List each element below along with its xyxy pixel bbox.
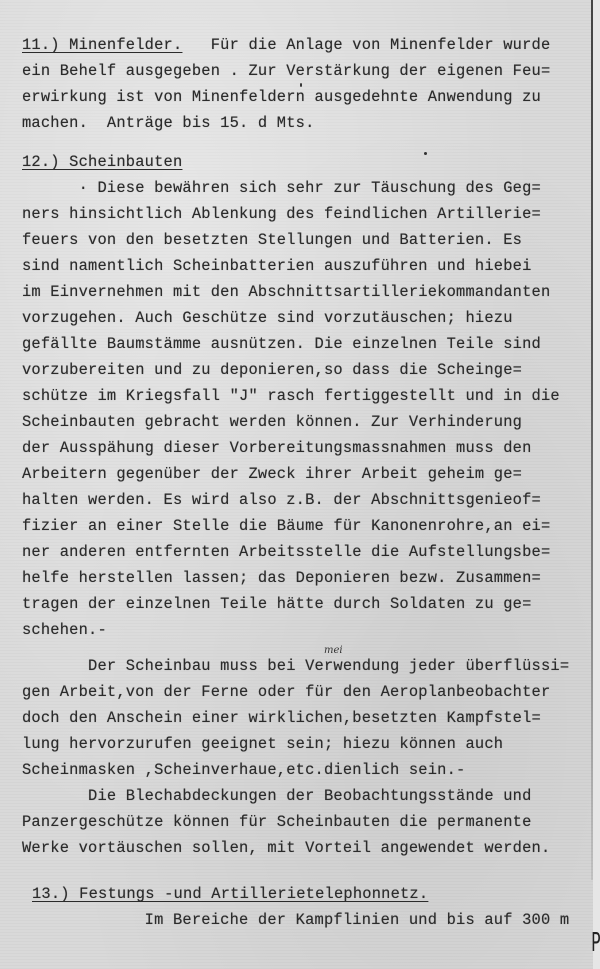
text-line: gen Arbeit,von der Ferne oder für den Ae… xyxy=(22,683,550,701)
text-line: ners hinsichtlich Ablenkung des feindlic… xyxy=(22,205,541,223)
text-line: ein Behelf ausgegeben . Zur Verstärkung … xyxy=(22,62,550,80)
section-12-heading: 12.) Scheinbauten xyxy=(22,153,182,171)
section-11-heading: 11.) Minenfelder. xyxy=(22,36,182,54)
text-line: im Einvernehmen mit den Abschnittsartill… xyxy=(22,283,550,301)
text-line: gefällte Baumstämme ausnützen. Die einze… xyxy=(22,335,541,353)
text-line: der Ausspähung dieser Vorbereitungsmassn… xyxy=(22,439,532,457)
text-line: sind namentlich Scheinbatterien auszufüh… xyxy=(22,257,532,275)
text-line: tragen der einzelnen Teile hätte durch S… xyxy=(22,595,532,613)
section-11-text: Für die Anlage von Minenfelder wurde xyxy=(182,36,550,54)
text-line: helfe herstellen lassen; das Deponieren … xyxy=(22,569,541,587)
text-line: erwirkung ist von Minenfeldern ausgedehn… xyxy=(22,88,541,106)
text-line: feuers von den besetzten Stellungen und … xyxy=(22,231,522,249)
text-line: vorzubereiten und zu deponieren,so dass … xyxy=(22,361,522,379)
text-line: Der Scheinbau muss bei Verwendung jeder … xyxy=(22,657,569,675)
text-line: ner anderen entfernten Arbeitsstelle die… xyxy=(22,543,550,561)
ink-speck xyxy=(424,152,427,155)
text-line: Die Blechabdeckungen der Beobachtungsstä… xyxy=(22,787,532,805)
text-line: Scheinbauten gebracht werden können. Zur… xyxy=(22,413,522,431)
text-line: Scheinmasken ,Scheinverhaue,etc.dienlich… xyxy=(22,761,466,779)
text-line: schütze im Kriegsfall "J" rasch fertigge… xyxy=(22,387,560,405)
ink-speck xyxy=(300,83,302,87)
text-line: Arbeitern gegenüber der Zweck ihrer Arbe… xyxy=(22,465,522,483)
margin-mark: P xyxy=(591,928,600,958)
text-line: halten werden. Es wird also z.B. der Abs… xyxy=(22,491,541,509)
handwritten-annotation: mei xyxy=(324,645,343,656)
text-line: · Diese bewähren sich sehr zur Täuschung… xyxy=(22,179,541,197)
section-13-heading: 13.) Festungs -und Artillerietelephonnet… xyxy=(32,885,428,903)
text-line: doch den Anschein einer wirklichen,beset… xyxy=(22,709,541,727)
page-margin xyxy=(593,0,600,969)
document-page: 11.) Minenfelder. Für die Anlage von Min… xyxy=(0,0,600,969)
text-line: vorzugehen. Auch Geschütze sind vorzutäu… xyxy=(22,309,513,327)
section-11-line-1: 11.) Minenfelder. Für die Anlage von Min… xyxy=(22,36,550,54)
text-line: lung hervorzurufen geeignet sein; hiezu … xyxy=(22,735,503,753)
text-line: Werke vortäuschen sollen, mit Vorteil an… xyxy=(22,839,550,857)
text-line: Panzergeschütze können für Scheinbauten … xyxy=(22,813,532,831)
text-line: fizier an einer Stelle die Bäume für Kan… xyxy=(22,517,550,535)
text-line: schehen.- xyxy=(22,621,107,639)
text-line: Im Bereiche der Kampflinien und bis auf … xyxy=(22,911,569,929)
text-line: machen. Anträge bis 15. d Mts. xyxy=(22,114,315,132)
